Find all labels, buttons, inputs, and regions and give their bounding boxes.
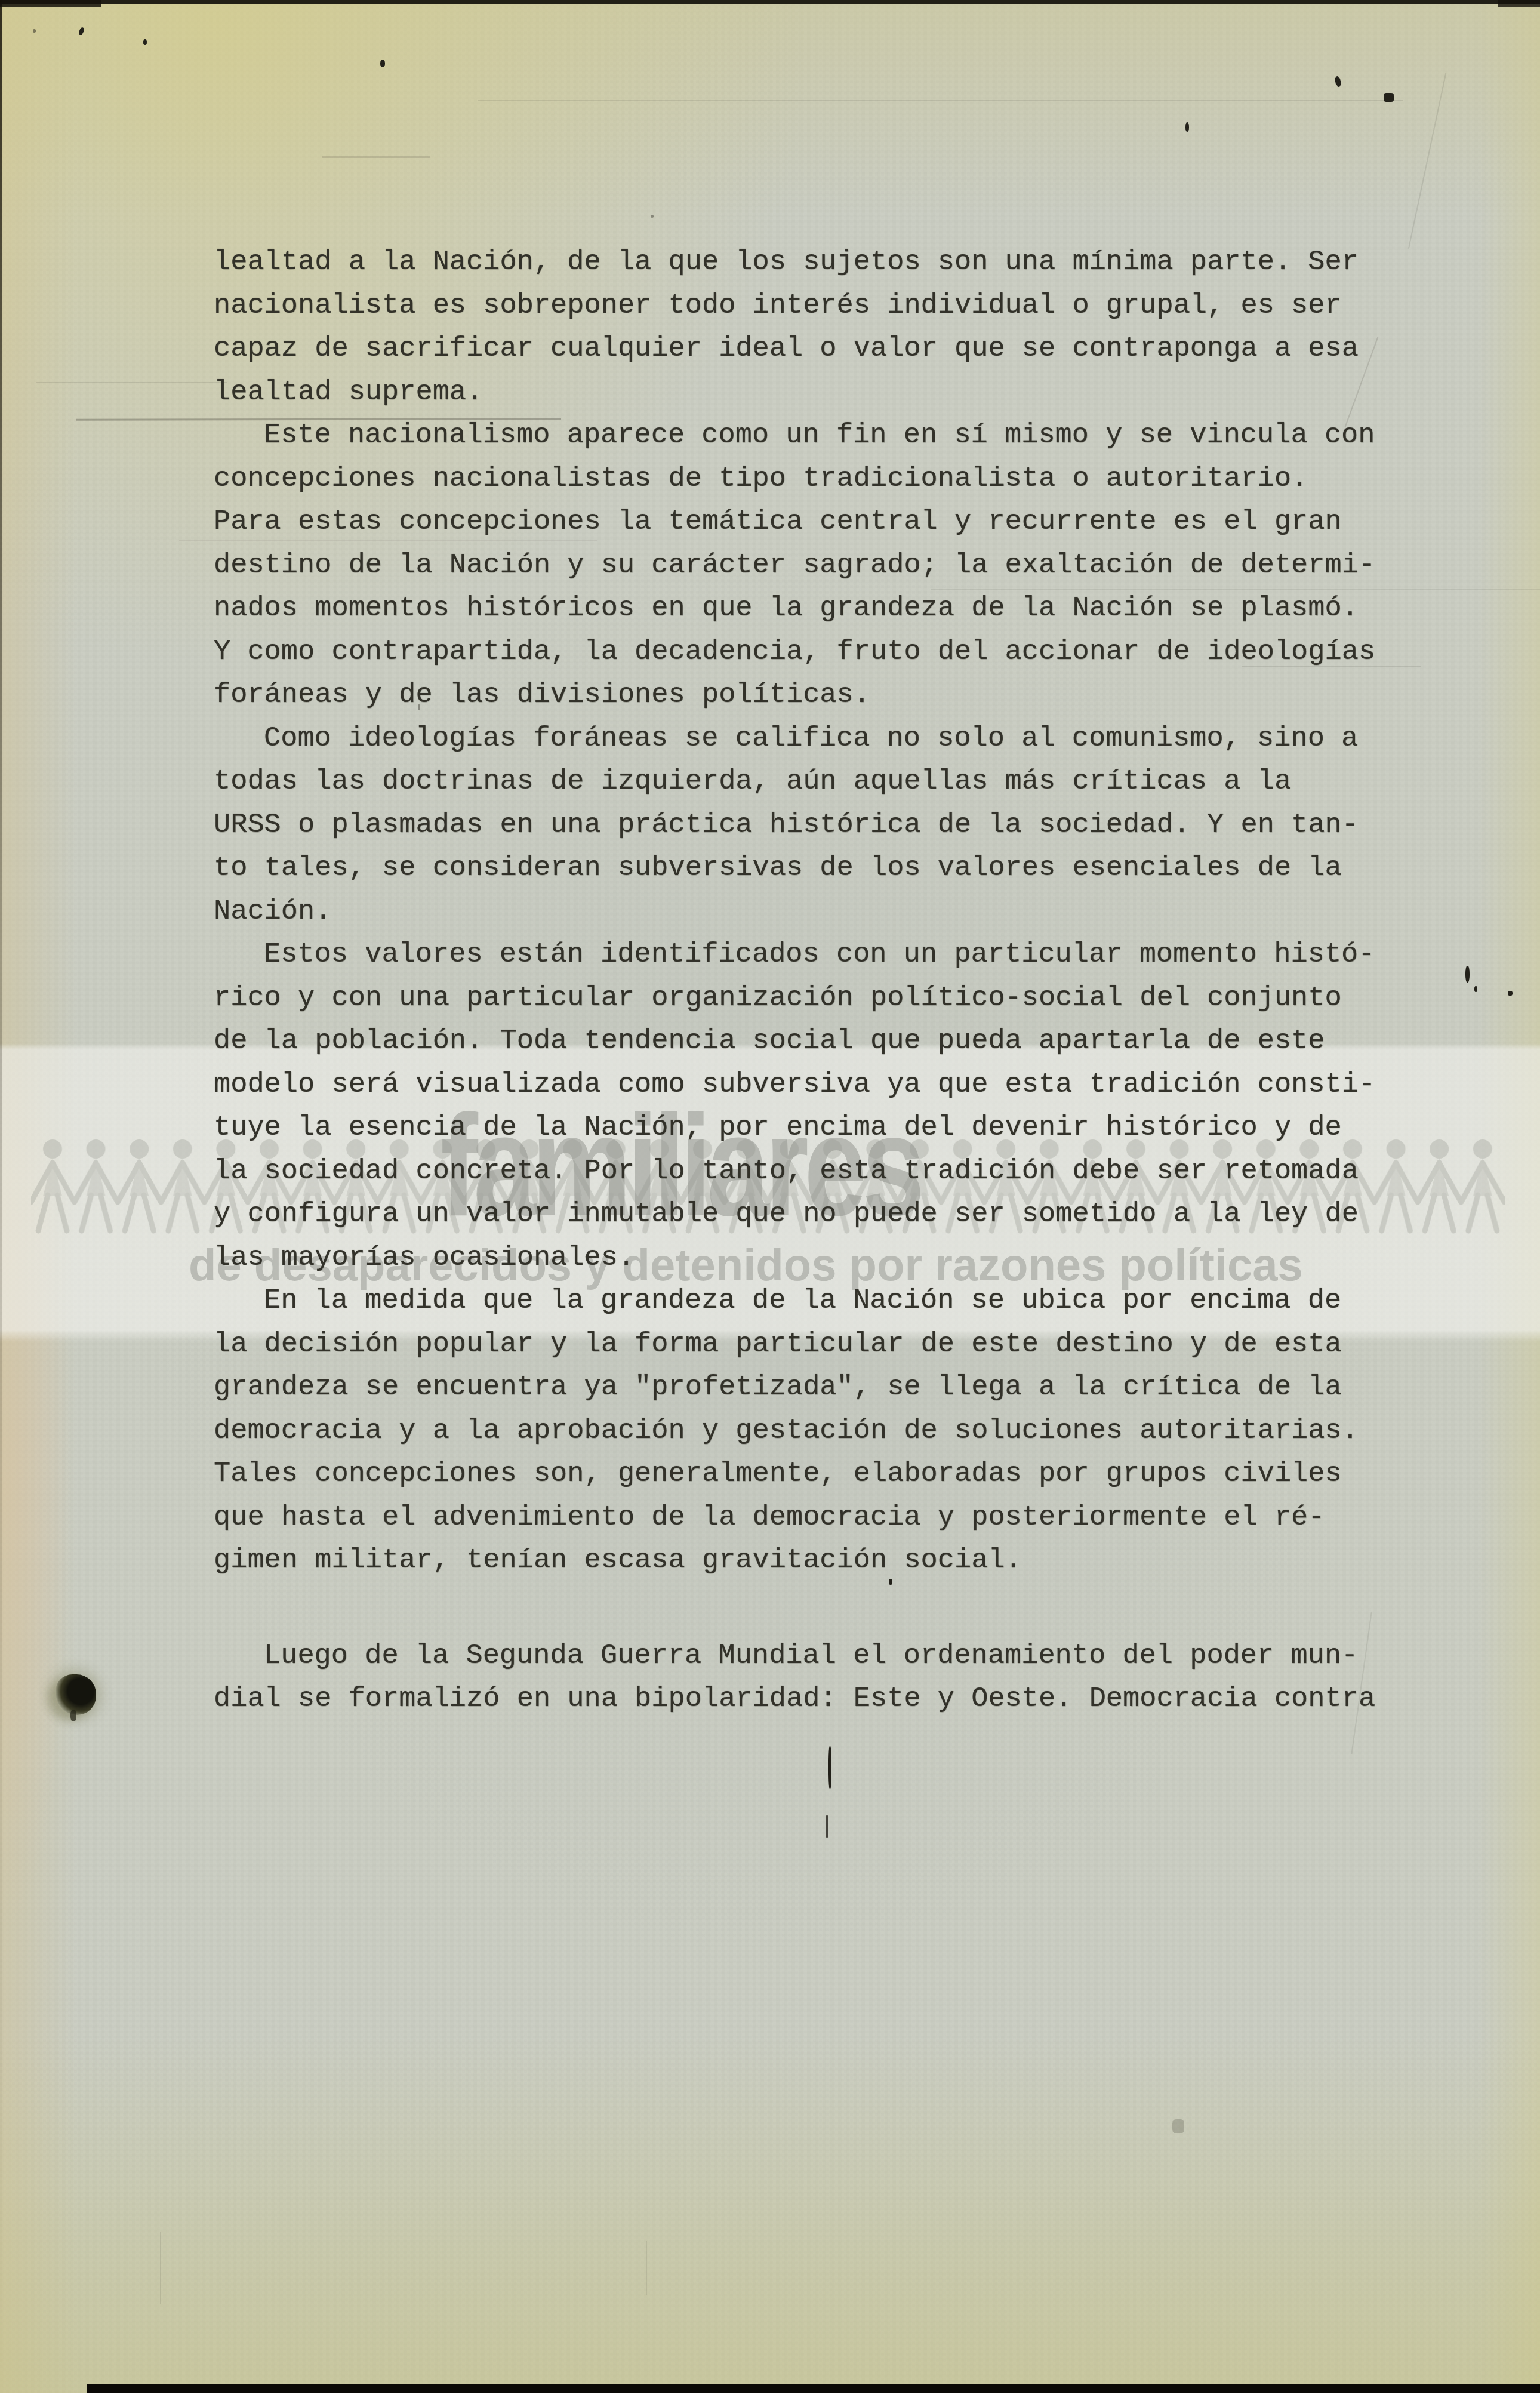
scratch-line [478, 100, 1403, 101]
ink-speck [828, 1746, 831, 1789]
ink-speck [418, 704, 420, 710]
typed-line: Y como contrapartida, la decadencia, fru… [214, 631, 1437, 675]
typed-line: de la población. Toda tendencia social q… [214, 1020, 1437, 1064]
typed-line: rico y con una particular organización p… [214, 977, 1437, 1021]
ink-blot [56, 1674, 96, 1715]
ink-speck [1508, 991, 1513, 996]
ink-speck [33, 29, 36, 33]
typed-line: tuye la esencia de la Nación, por encima… [214, 1107, 1437, 1150]
scratch-line [1408, 73, 1446, 249]
typed-line: democracia y a la aprobación y gestación… [214, 1410, 1437, 1453]
typed-line: gimen militar, tenían escasa gravitación… [214, 1539, 1437, 1583]
scratch-line [646, 2241, 647, 2295]
scan-edge-top-right [1498, 0, 1540, 7]
scan-edge-bottom [87, 2384, 1540, 2393]
ink-speck [1185, 122, 1189, 132]
typed-line: y configura un valor inmutable que no pu… [214, 1193, 1437, 1237]
scratch-line [179, 540, 597, 541]
typed-line: dial se formalizó en una bipolaridad: Es… [214, 1678, 1437, 1721]
ink-speck [889, 1579, 892, 1585]
typed-line: destino de la Nación y su carácter sagra… [214, 544, 1437, 588]
ink-blot-stem [70, 1710, 76, 1721]
scratch-line [1242, 666, 1421, 667]
typed-line: concepciones nacionalistas de tipo tradi… [214, 458, 1437, 501]
typed-line: grandeza se encuentra ya "profetizada", … [214, 1366, 1437, 1410]
typed-line: Como ideologías foráneas se califica no … [214, 717, 1437, 761]
ink-speck [1465, 966, 1470, 983]
typed-line: Luego de la Segunda Guerra Mundial el or… [214, 1635, 1437, 1679]
ink-speck [826, 1815, 828, 1838]
ink-speck [380, 60, 385, 67]
typed-line: que hasta el advenimiento de la democrac… [214, 1496, 1437, 1540]
typed-line: En la medida que la grandeza de la Nació… [214, 1280, 1437, 1323]
typed-line: la decisión popular y la forma particula… [214, 1323, 1437, 1367]
typed-line: Tales concepciones son, generalmente, el… [214, 1453, 1437, 1496]
typed-line: nacionalista es sobreponer todo interés … [214, 285, 1437, 328]
typed-line: URSS o plasmadas en una práctica históri… [214, 804, 1437, 848]
scan-edge-top-left [0, 0, 101, 7]
typed-line: Para estas concepciones la temática cent… [214, 501, 1437, 544]
typed-line: Nación. [214, 891, 1437, 934]
typed-line: la sociedad concreta. Por lo tanto, esta… [214, 1150, 1437, 1194]
scratch-line [931, 589, 1540, 590]
scratch-line [36, 382, 227, 383]
ink-speck [1474, 986, 1477, 992]
typewritten-text-block: lealtad a la Nación, de la que los sujet… [214, 241, 1437, 1721]
ink-speck [651, 215, 654, 218]
scratch-line [160, 2232, 161, 2304]
typed-line: modelo será visualizada como subversiva … [214, 1064, 1437, 1107]
ink-speck [143, 39, 147, 45]
ink-speck [1334, 76, 1342, 87]
ink-speck [78, 27, 85, 36]
typed-line: las mayorías ocasionales. [214, 1237, 1437, 1280]
typed-line: Este nacionalismo aparece como un fin en… [214, 414, 1437, 458]
scan-edge-top [0, 0, 1540, 4]
scanned-document-page: familiares de desaparecidos y detenidos … [0, 0, 1540, 2393]
typed-line: todas las doctrinas de izquierda, aún aq… [214, 760, 1437, 804]
scratch-line [322, 156, 430, 158]
typed-line: foráneas y de las divisiones políticas. [214, 674, 1437, 717]
typed-line: lealtad suprema. [214, 371, 1437, 415]
typed-line: Estos valores están identificados con un… [214, 934, 1437, 977]
typed-line: to tales, se consideran subversivas de l… [214, 847, 1437, 891]
pencil-mark [1172, 2119, 1184, 2133]
scan-edge-left [0, 0, 2, 2393]
typed-line: capaz de sacrificar cualquier ideal o va… [214, 328, 1437, 371]
typed-line: nados momentos históricos en que la gran… [214, 587, 1437, 631]
typed-line: lealtad a la Nación, de la que los sujet… [214, 241, 1437, 285]
